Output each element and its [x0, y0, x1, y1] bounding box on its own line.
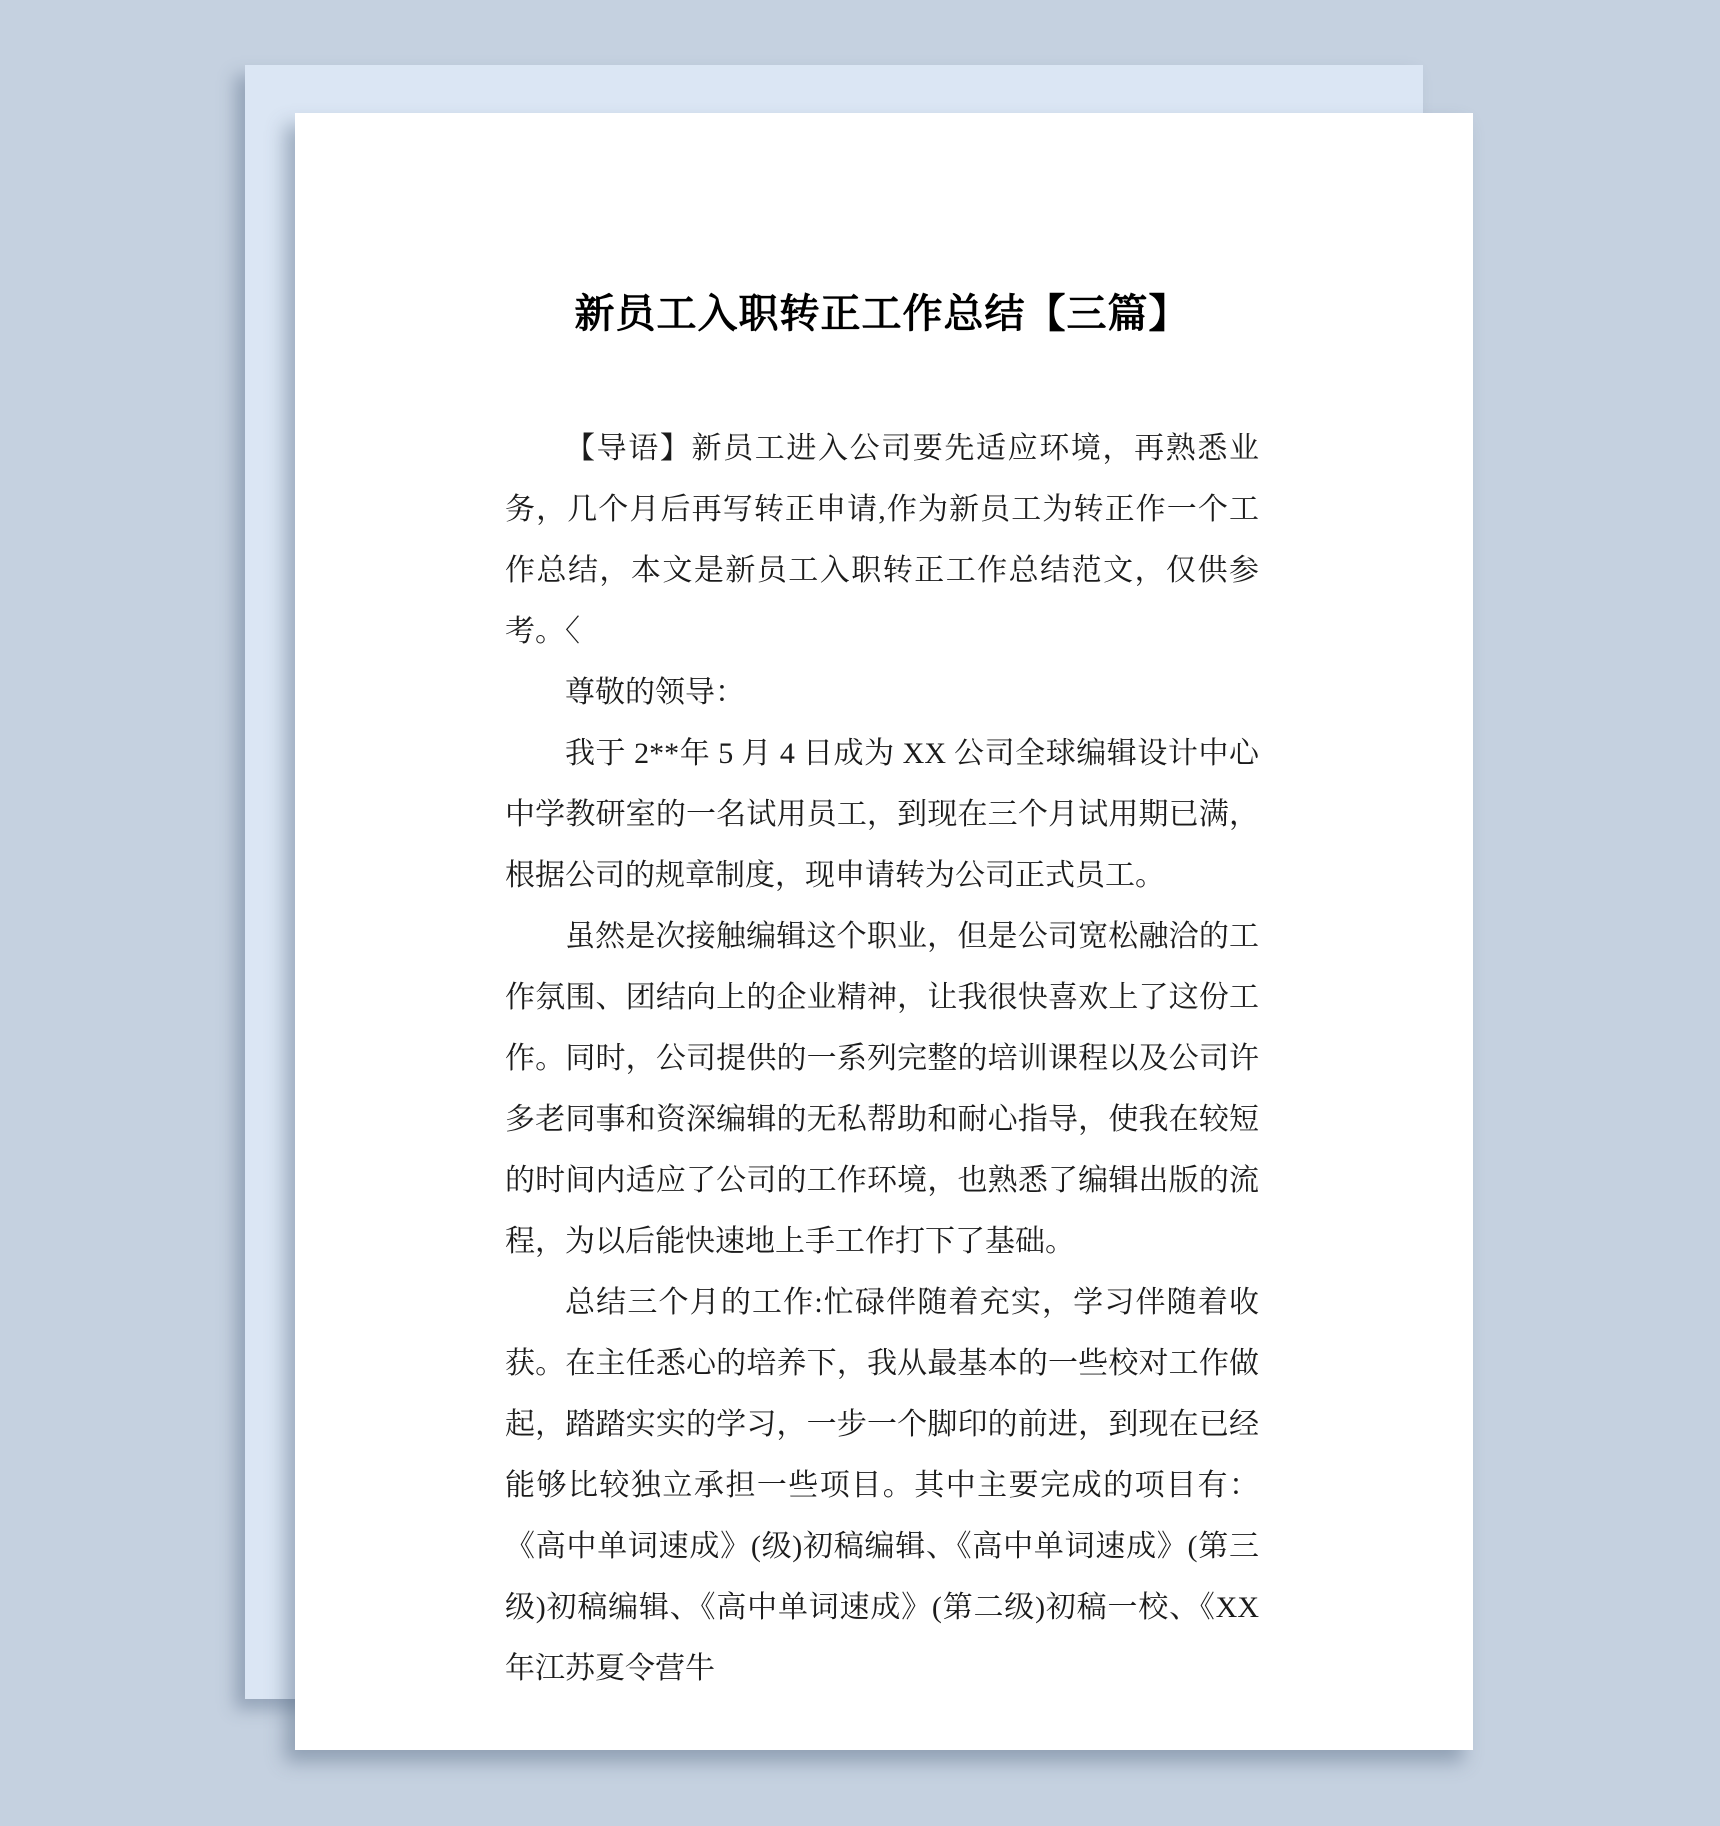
page-content: 新员工入职转正工作总结【三篇】 【导语】新员工进入公司要先适应环境，再熟悉业务，…	[295, 113, 1473, 1699]
document-paragraph-intro: 【导语】新员工进入公司要先适应环境，再熟悉业务，几个月后再写转正申请,作为新员工…	[505, 418, 1259, 662]
document-paragraph-experience: 虽然是次接触编辑这个职业，但是公司宽松融洽的工作氛围、团结向上的企业精神，让我很…	[505, 906, 1259, 1272]
document-title: 新员工入职转正工作总结【三篇】	[505, 288, 1259, 340]
document-paragraph-salutation: 尊敬的领导：	[505, 662, 1259, 723]
document-page: 新员工入职转正工作总结【三篇】 【导语】新员工进入公司要先适应环境，再熟悉业务，…	[295, 113, 1473, 1750]
document-body: 【导语】新员工进入公司要先适应环境，再熟悉业务，几个月后再写转正申请,作为新员工…	[505, 418, 1259, 1699]
desktop-background: { "document": { "title": "新员工入职转正工作总结【三篇…	[0, 0, 1720, 1826]
document-paragraph-summary: 总结三个月的工作:忙碌伴随着充实，学习伴随着收获。在主任悉心的培养下，我从最基本…	[505, 1272, 1259, 1699]
document-paragraph-probation: 我于 2**年 5 月 4 日成为 XX 公司全球编辑设计中心中学教研室的一名试…	[505, 723, 1259, 906]
